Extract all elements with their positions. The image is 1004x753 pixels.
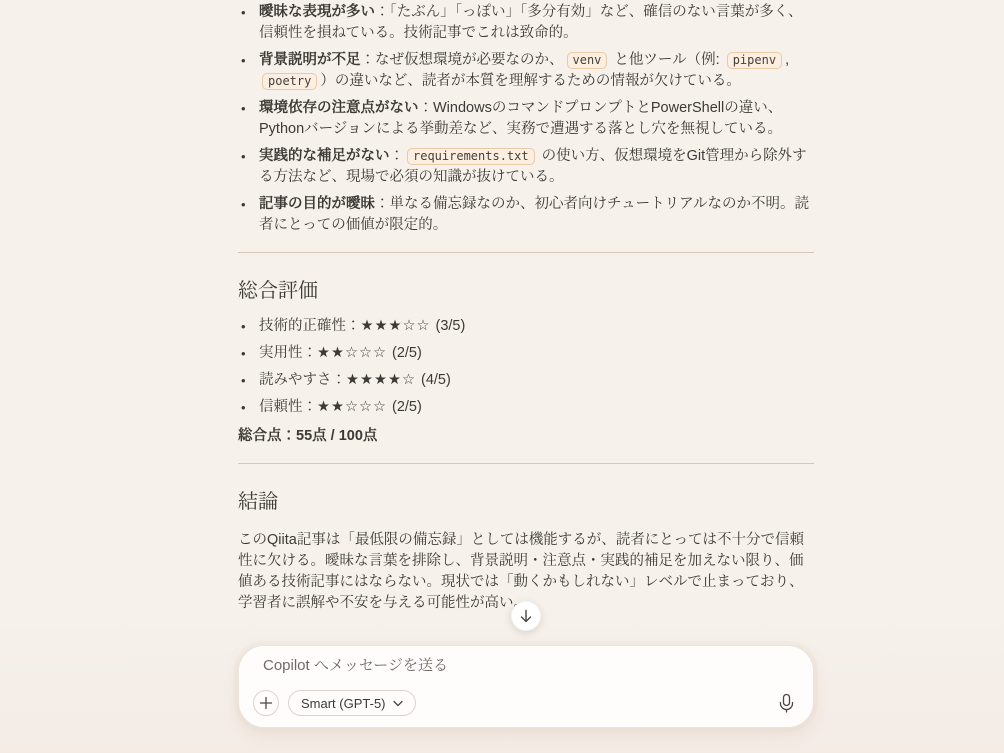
evaluation-label: 読みやすさ： [259,372,346,388]
evaluation-score: (4/5) [421,372,451,388]
bullet-text: , [785,52,789,68]
arrow-down-icon [519,609,533,623]
critique-item: 背景説明が不足：なぜ仮想環境が必要なのか、venv と他ツール（例: pipen… [238,50,814,92]
message-composer[interactable]: Smart (GPT-5) [238,645,814,728]
microphone-icon [778,693,795,714]
evaluation-label: 技術的正確性： [259,318,361,334]
evaluation-score: (3/5) [436,318,466,334]
evaluation-item: 技術的正確性：★★★☆☆(3/5) [238,316,814,337]
bullet-term: 記事の目的が曖昧 [259,196,375,212]
star-rating: ★★★★☆ [346,372,416,388]
critique-item: 曖昧な表現が多い：「たぶん」「っぽい」「多分有効」など、確信のない言葉が多く、信… [238,2,814,44]
star-rating: ★★★☆☆ [361,318,431,334]
critique-list: 曖昧な表現が多い：「たぶん」「っぽい」「多分有効」など、確信のない言葉が多く、信… [238,2,814,236]
model-selector[interactable]: Smart (GPT-5) [288,690,416,716]
plus-icon [259,696,273,710]
evaluation-score: (2/5) [392,399,422,415]
evaluation-label: 信頼性： [259,399,317,415]
inline-code: requirements.txt [407,148,535,165]
evaluation-label: 実用性： [259,345,317,361]
assistant-message: 曖昧な表現が多い：「たぶん」「っぽい」「多分有効」など、確信のない言葉が多く、信… [238,0,814,614]
critique-item: 記事の目的が曖昧：単なる備忘録なのか、初心者向けチュートリアルなのか不明。読者に… [238,194,814,236]
microphone-button[interactable] [778,693,795,714]
bullet-text: と他ツール（例: [610,52,723,68]
evaluation-heading: 総合評価 [238,277,814,305]
evaluation-score: (2/5) [392,345,422,361]
bullet-term: 背景説明が不足 [259,52,361,68]
inline-code: venv [567,52,608,69]
bullet-text: ）の違いなど、読者が本質を理解するための情報が欠けている。 [320,73,741,89]
evaluation-list: 技術的正確性：★★★☆☆(3/5)実用性：★★☆☆☆(2/5)読みやすさ：★★★… [238,316,814,418]
star-rating: ★★☆☆☆ [317,399,387,415]
total-score: 総合点：55点 / 100点 [238,426,814,447]
model-selector-label: Smart (GPT-5) [301,696,386,711]
evaluation-item: 信頼性：★★☆☆☆(2/5) [238,397,814,418]
critique-item: 環境依存の注意点がない：WindowsのコマンドプロンプトとPowerShell… [238,98,814,140]
bullet-term: 実践的な補足がない [259,148,390,164]
inline-code: pipenv [727,52,782,69]
conclusion-heading: 結論 [238,488,814,516]
composer-toolbar: Smart (GPT-5) [253,690,795,716]
bullet-term: 曖昧な表現が多い [259,4,375,20]
bullet-text: ：なぜ仮想環境が必要なのか、 [361,52,564,68]
inline-code: poetry [262,73,317,90]
evaluation-item: 実用性：★★☆☆☆(2/5) [238,343,814,364]
bullet-term: 環境依存の注意点がない [259,100,419,116]
evaluation-item: 読みやすさ：★★★★☆(4/5) [238,370,814,391]
section-divider [238,252,814,253]
critique-item: 実践的な補足がない：requirements.txt の使い方、仮想環境をGit… [238,146,814,188]
star-rating: ★★☆☆☆ [317,345,387,361]
add-attachment-button[interactable] [253,690,279,716]
chevron-down-icon [393,700,403,707]
section-divider [238,463,814,464]
scroll-to-bottom-button[interactable] [511,601,541,631]
bullet-text: ： [390,148,405,164]
message-input[interactable] [263,657,789,674]
